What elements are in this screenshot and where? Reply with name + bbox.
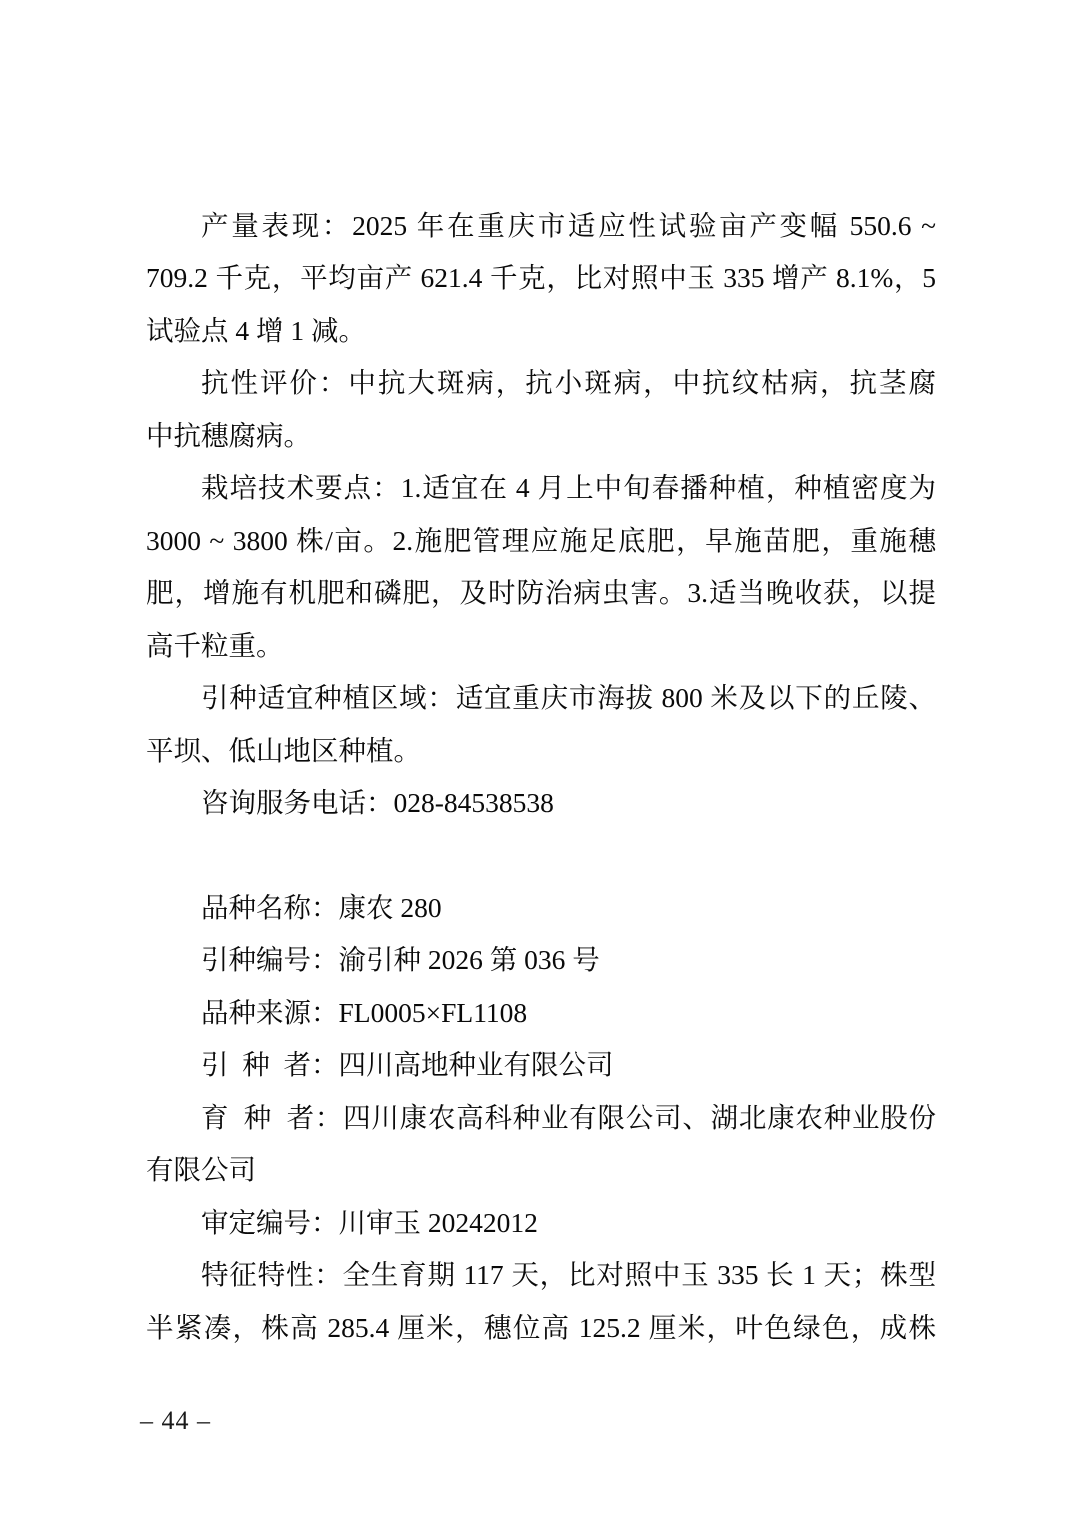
breeder-line-1: 育 种 者：四川康农高科种业有限公司、湖北康农种业股份: [146, 1092, 936, 1144]
service-phone-line-1: 咨询服务电话：028-84538538: [146, 777, 936, 829]
resistance-evaluation-line-1: 抗性评价：中抗大斑病，抗小斑病，中抗纹枯病，抗茎腐病，: [146, 357, 936, 409]
cultivation-techniques-line-1: 栽培技术要点：1.适宜在 4 月上中旬春播种植，种植密度为: [146, 462, 936, 514]
document-page: 产量表现：2025 年在重庆市适应性试验亩产变幅 550.6 ~709.2 千克…: [0, 0, 1074, 1520]
yield-performance-line-1: 产量表现：2025 年在重庆市适应性试验亩产变幅 550.6 ~: [146, 200, 936, 252]
cultivation-techniques-line-4: 高千粒重。: [146, 620, 936, 672]
yield-performance-line-3: 试验点 4 增 1 减。: [146, 305, 936, 357]
variety-name-line-1: 品种名称：康农 280: [146, 882, 936, 934]
variety-source-line-1: 品种来源：FL0005×FL1108: [146, 987, 936, 1039]
yield-performance-line-2: 709.2 千克，平均亩产 621.4 千克，比对照中玉 335 增产 8.1%…: [146, 252, 936, 304]
introduction-number-line-1: 引种编号：渝引种 2026 第 036 号: [146, 934, 936, 986]
breeder-line-2: 有限公司: [146, 1144, 936, 1196]
cultivation-techniques-line-3: 肥，增施有机肥和磷肥，及时防治病虫害。3.适当晚收获，以提: [146, 567, 936, 619]
suitable-planting-region-line-1: 引种适宜种植区域：适宜重庆市海拔 800 米及以下的丘陵、: [146, 672, 936, 724]
characteristics-line-2: 半紧凑，株高 285.4 厘米，穗位高 125.2 厘米，叶色绿色，成株: [146, 1302, 936, 1354]
suitable-planting-region-line-2: 平坝、低山地区种植。: [146, 725, 936, 777]
approval-number-line-1: 审定编号：川审玉 20242012: [146, 1197, 936, 1249]
resistance-evaluation-line-2: 中抗穗腐病。: [146, 410, 936, 462]
section-break: [146, 829, 936, 881]
cultivation-techniques-line-2: 3000 ~ 3800 株/亩。2.施肥管理应施足底肥，早施苗肥，重施穗: [146, 515, 936, 567]
introducer-line-1: 引 种 者：四川高地种业有限公司: [146, 1039, 936, 1091]
page-number: – 44 –: [140, 1404, 211, 1438]
document-body: 产量表现：2025 年在重庆市适应性试验亩产变幅 550.6 ~709.2 千克…: [146, 200, 936, 1354]
characteristics-line-1: 特征特性：全生育期 117 天，比对照中玉 335 长 1 天；株型: [146, 1249, 936, 1301]
